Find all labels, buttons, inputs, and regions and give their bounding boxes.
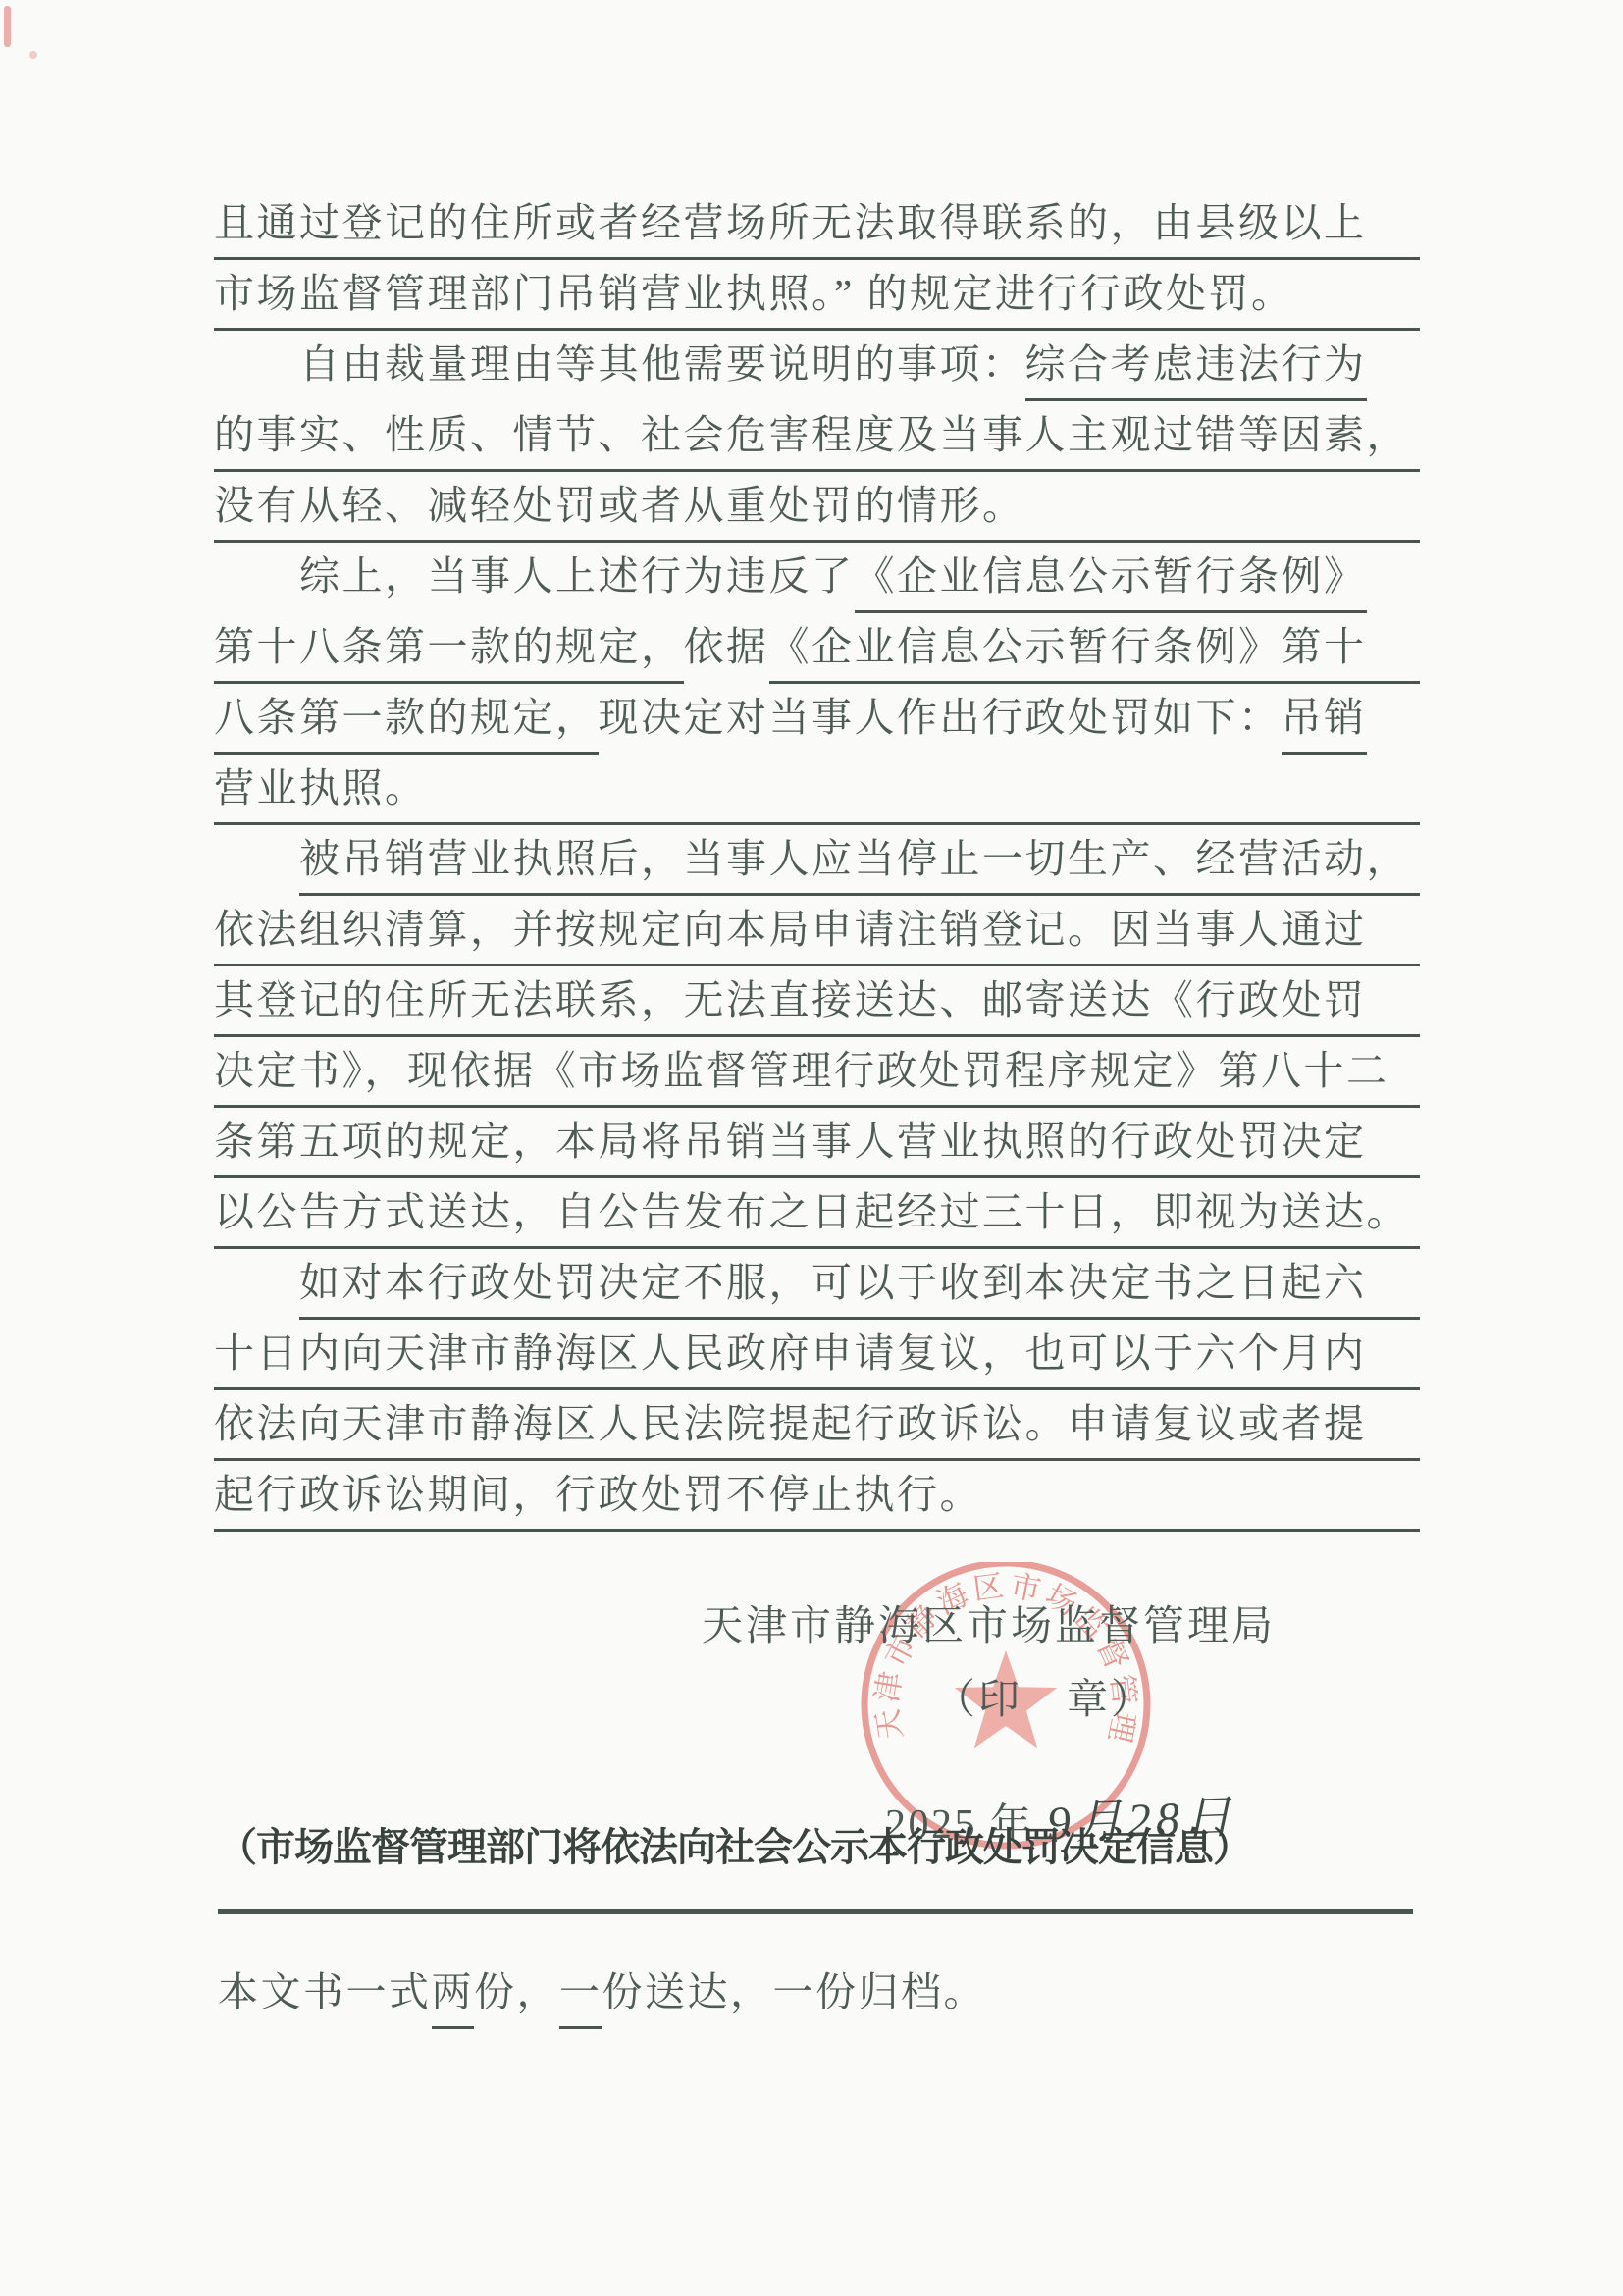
body-line: 以公告方式送达，自公告发布之日起经过三十日，即视为送达。 <box>214 1187 1420 1246</box>
line-text-underlined: 《企业信息公示暂行条例》第十 <box>769 622 1367 684</box>
underline-fill <box>1293 269 1420 331</box>
line-text-underlined: 吊销 <box>1282 693 1367 755</box>
line-text-underlined: 《企业信息公示暂行条例》 <box>855 551 1367 613</box>
underline-fill <box>1367 622 1421 684</box>
decision-date: 2025 年 9月28日 <box>834 1749 1236 1808</box>
body-line: 八条第一款的规定，现决定对当事人作出行政处罚如下：吊销 <box>214 693 1420 752</box>
line-text: 起行政诉讼期间，行政处罚不停止执行。 <box>214 1470 982 1532</box>
body-line: 十日内向天津市静海区人民政府申请复议，也可以于六个月内 <box>214 1329 1420 1387</box>
underline-fill <box>1409 1187 1420 1249</box>
underline-fill <box>1025 481 1421 543</box>
underline-fill <box>1367 198 1421 260</box>
footer-text-underlined: 一 <box>559 1967 602 2029</box>
body-line: 且通过登记的住所或者经营场所无法取得联系的，由县级以上 <box>214 198 1420 257</box>
line-text: 被吊销营业执照后，当事人应当停止一切生产、经营活动， <box>299 834 1409 896</box>
body-line: 自由裁量理由等其他需要说明的事项：综合考虑违法行为 <box>214 339 1420 398</box>
underline-fill <box>1367 975 1421 1037</box>
copies-note: 本文书一式两份，一份送达，一份归档。 <box>218 1967 986 2026</box>
underline-fill <box>1389 1046 1421 1108</box>
public-disclosure-note: （市场监督管理部门将依法向社会公示本行政处罚决定信息） <box>218 1822 1251 1881</box>
line-text: 条第五项的规定，本局将吊销当事人营业执照的行政处罚决定 <box>214 1117 1367 1178</box>
line-text: 决定书》，现依据《市场监督管理行政处罚程序规定》第八十二 <box>214 1046 1389 1108</box>
underline-fill <box>1367 1329 1421 1390</box>
document-page: 且通过登记的住所或者经营场所无法取得联系的，由县级以上 市场监督管理部门吊销营业… <box>0 0 1623 2296</box>
line-text: 依法组织清算，并按规定向本局申请注销登记。因当事人通过 <box>214 905 1367 966</box>
body-line: 第十八条第一款的规定，依据《企业信息公示暂行条例》第十 <box>214 622 1420 681</box>
body-line: 其登记的住所无法联系，无法直接送达、邮寄送达《行政处罚 <box>214 975 1420 1034</box>
underline-fill <box>1367 905 1421 966</box>
body-line: 起行政诉讼期间，行政处罚不停止执行。 <box>214 1470 1420 1529</box>
body-line: 条第五项的规定，本局将吊销当事人营业执照的行政处罚决定 <box>214 1117 1420 1175</box>
underline-fill <box>428 763 1421 825</box>
line-text: 以公告方式送达，自公告发布之日起经过三十日，即视为送达。 <box>214 1187 1409 1249</box>
footer-text: 本文书一式 <box>218 1967 432 2026</box>
seal-placeholder-label: （印 章） <box>934 1676 1155 1735</box>
line-text: 且通过登记的住所或者经营场所无法取得联系的，由县级以上 <box>214 198 1367 260</box>
line-text: 现决定对当事人作出行政处罚如下： <box>599 693 1282 752</box>
underline-fill <box>1367 1258 1421 1320</box>
line-text: 没有从轻、减轻处罚或者从重处罚的情形。 <box>214 481 1025 543</box>
body-line: 如对本行政处罚决定不服，可以于收到本决定书之日起六 <box>214 1258 1420 1317</box>
scan-artifact <box>29 51 37 59</box>
body-line: 营业执照。 <box>214 763 1420 822</box>
body-line: 的事实、性质、情节、社会危害程度及当事人主观过错等因素， <box>214 410 1420 469</box>
line-text: 自由裁量理由等其他需要说明的事项： <box>299 339 1025 398</box>
underline-fill <box>1367 1399 1421 1461</box>
underline-fill <box>1409 410 1420 472</box>
footer-text: 份， <box>474 1967 559 2026</box>
line-text-underlined: 综合考虑违法行为 <box>1025 339 1367 401</box>
line-text: 其登记的住所无法联系，无法直接送达、邮寄送达《行政处罚 <box>214 975 1367 1037</box>
issuing-authority: 天津市静海区市场监督管理局 <box>702 1602 1276 1661</box>
line-text-underlined: 第十八条第一款的规定， <box>214 622 684 684</box>
line-text: 十日内向天津市静海区人民政府申请复议，也可以于六个月内 <box>214 1329 1367 1390</box>
line-text: 综上，当事人上述行为违反了 <box>299 551 855 610</box>
footer-text-underlined: 两 <box>432 1967 475 2029</box>
footer-text: 份送达，一份归档。 <box>602 1967 987 2026</box>
underline-fill <box>1409 834 1420 896</box>
line-text: 营业执照。 <box>214 763 428 825</box>
body-line: 被吊销营业执照后，当事人应当停止一切生产、经营活动， <box>214 834 1420 893</box>
line-text: 的事实、性质、情节、社会危害程度及当事人主观过错等因素， <box>214 410 1409 472</box>
line-text: 依据 <box>684 622 769 681</box>
line-text-underlined: 八条第一款的规定， <box>214 693 599 755</box>
separator-rule <box>218 1909 1413 1914</box>
underline-fill <box>1367 1117 1421 1178</box>
line-text: 如对本行政处罚决定不服，可以于收到本决定书之日起六 <box>299 1258 1367 1320</box>
body-line: 依法组织清算，并按规定向本局申请注销登记。因当事人通过 <box>214 905 1420 964</box>
body-line: 综上，当事人上述行为违反了《企业信息公示暂行条例》 <box>214 551 1420 610</box>
line-text: 依法向天津市静海区人民法院提起行政诉讼。申请复议或者提 <box>214 1399 1367 1461</box>
underline-fill <box>982 1470 1420 1532</box>
body-line: 没有从轻、减轻处罚或者从重处罚的情形。 <box>214 481 1420 540</box>
body-line: 市场监督管理部门吊销营业执照。” 的规定进行行政处罚。 <box>214 269 1420 328</box>
scan-artifact <box>4 6 11 47</box>
body-line: 决定书》，现依据《市场监督管理行政处罚程序规定》第八十二 <box>214 1046 1420 1105</box>
body-line: 依法向天津市静海区人民法院提起行政诉讼。申请复议或者提 <box>214 1399 1420 1458</box>
line-text: 市场监督管理部门吊销营业执照。” 的规定进行行政处罚。 <box>214 269 1293 331</box>
